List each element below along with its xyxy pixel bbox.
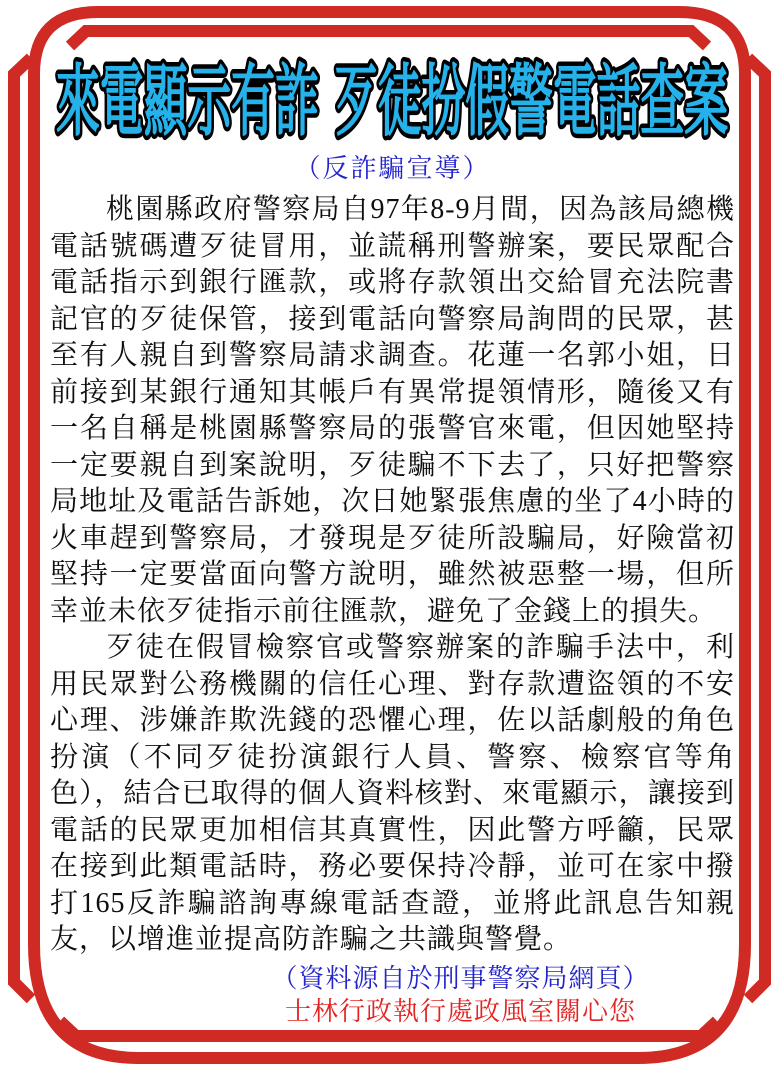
frame-outer-right-bar	[748, 58, 765, 999]
poster-footer: （資料源自於刑事警察局網頁） 士林行政執行處政風室關心您	[118, 962, 777, 1028]
poster-body: 桃園縣政府警察局自97年8-9月間，因為該局總機電話號碼遭歹徒冒用，並謊稱刑警辦…	[50, 192, 735, 959]
poster-subtitle: （反詐騙宣導）	[50, 154, 735, 184]
source-note: （資料源自於刑事警察局網頁）	[118, 962, 777, 995]
poster-headline: 來電顯示有詐 歹徒扮假警電話查案	[50, 48, 735, 150]
headline-text: 來電顯示有詐 歹徒扮假警電話查案	[56, 57, 728, 147]
poster-page: 來電顯示有詐 歹徒扮假警電話查案 （反詐騙宣導） 桃園縣政府警察局自97年8-9…	[0, 0, 777, 1069]
frame-inner-top-bar	[70, 31, 707, 46]
frame-outer-left-bar	[14, 58, 31, 999]
body-paragraph-2: 歹徒在假冒檢察官或警察辦案的詐騙手法中，利用民眾對公務機關的信任心理、對存款遭盜…	[50, 630, 735, 959]
poster-content: 來電顯示有詐 歹徒扮假警電話查案 （反詐騙宣導） 桃園縣政府警察局自97年8-9…	[50, 48, 735, 1028]
signature-line: 士林行政執行處政風室關心您	[118, 995, 777, 1028]
body-paragraph-1: 桃園縣政府警察局自97年8-9月間，因為該局總機電話號碼遭歹徒冒用，並謊稱刑警辦…	[50, 192, 735, 630]
